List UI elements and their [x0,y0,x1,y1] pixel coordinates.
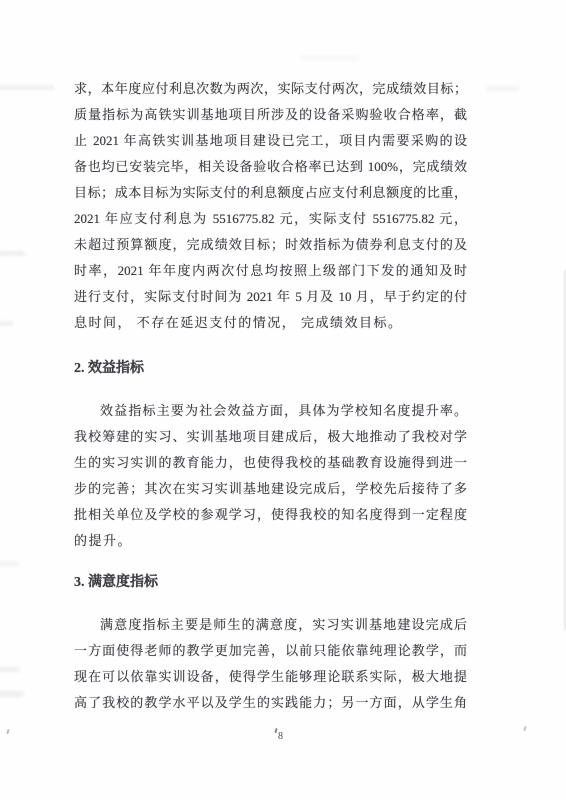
text-line: 目标；成本目标为实际支付的利息额度占应支付利息额度的比重， [74,180,467,206]
text-line: 质量指标为高铁实训基地项目所涉及的设备采购验收合格率，截 [74,102,467,128]
paragraph-benefit-indicators: 效益指标主要为社会效益方面，具体为学校知名度提升率。 我校筹建的实习、实训基地项… [74,398,467,554]
text-line: 进行支付，实际支付时间为 2021 年 5 月及 10 月，早于约定的付 [74,284,467,310]
scan-artifact [0,85,54,90]
section-heading-benefit-indicators: 2. 效益指标 [74,356,467,382]
text-line: 步的完善；其次在实习实训基地建设完成后，学校先后接待了多 [74,476,467,502]
text-line: 我校筹建的实习、实训基地项目建成后，极大地推动了我校对学 [74,424,467,450]
page-number: 8 [278,731,284,742]
scan-artifact [0,251,25,256]
text-line: 2021 年应支付利息为 5516775.82 元，实际支付 5516775.8… [74,206,467,232]
text-line: 止 2021 年高铁实训基地项目建设已完工，项目内需要采购的设 [74,128,467,154]
document-page: 求，本年度应付利息次数为两次，实际支付两次，完成绩效目标； 质量指标为高铁实训基… [0,0,566,800]
scan-artifact [300,55,360,61]
scan-tick-mark [274,728,277,733]
text-line: 满意度指标主要是师生的满意度，实习实训基地建设完成后 [74,612,467,638]
text-line: 批相关单位及学校的参观学习，使得我校的知名度得到一定程度 [74,502,467,528]
text-line: 效益指标主要为社会效益方面，具体为学校知名度提升率。 [74,398,467,424]
scan-artifact [486,86,520,91]
text-line: 时率，2021 年年度内两次付息均按照上级部门下发的通知及时 [74,258,467,284]
section-heading-satisfaction-indicators: 3. 满意度指标 [74,570,467,596]
text-line: 生的实习实训的教育能力，也使得我校的基础教育设施得到进一 [74,450,467,476]
scan-artifact [0,321,13,326]
text-line: 求，本年度应付利息次数为两次，实际支付两次，完成绩效目标； [74,76,467,102]
text-line: 备也均已安装完毕，相关设备验收合格率已达到 100%，完成绩效 [74,154,467,180]
scan-tick-mark [523,726,526,731]
text-line: 高了我校的教学水平以及学生的实践能力；另一方面，从学生角 [74,690,467,716]
scan-artifact [0,691,24,697]
paragraph-performance-indicators: 求，本年度应付利息次数为两次，实际支付两次，完成绩效目标； 质量指标为高铁实训基… [74,76,467,336]
text-line: 未超过预算额度，完成绩效目标；时效指标为债券利息支付的及 [74,232,467,258]
text-line: 的提升。 [74,528,467,554]
paragraph-satisfaction-indicators: 满意度指标主要是师生的满意度，实习实训基地建设完成后 一方面使得老师的教学更加完… [74,612,467,716]
scan-tick-mark [6,729,9,734]
text-line: 息时间， 不存在延迟支付的情况， 完成绩效目标。 [74,310,467,336]
scan-artifact [0,561,19,566]
text-line: 现在可以依靠实训设备，使得学生能够理论联系实际，极大地提 [74,664,467,690]
page-content: 求，本年度应付利息次数为两次，实际支付两次，完成绩效目标； 质量指标为高铁实训基… [74,76,467,716]
text-line: 一方面使得老师的教学更加完善，以前只能依靠纯理论教学，而 [74,638,467,664]
scan-artifact [0,667,20,672]
